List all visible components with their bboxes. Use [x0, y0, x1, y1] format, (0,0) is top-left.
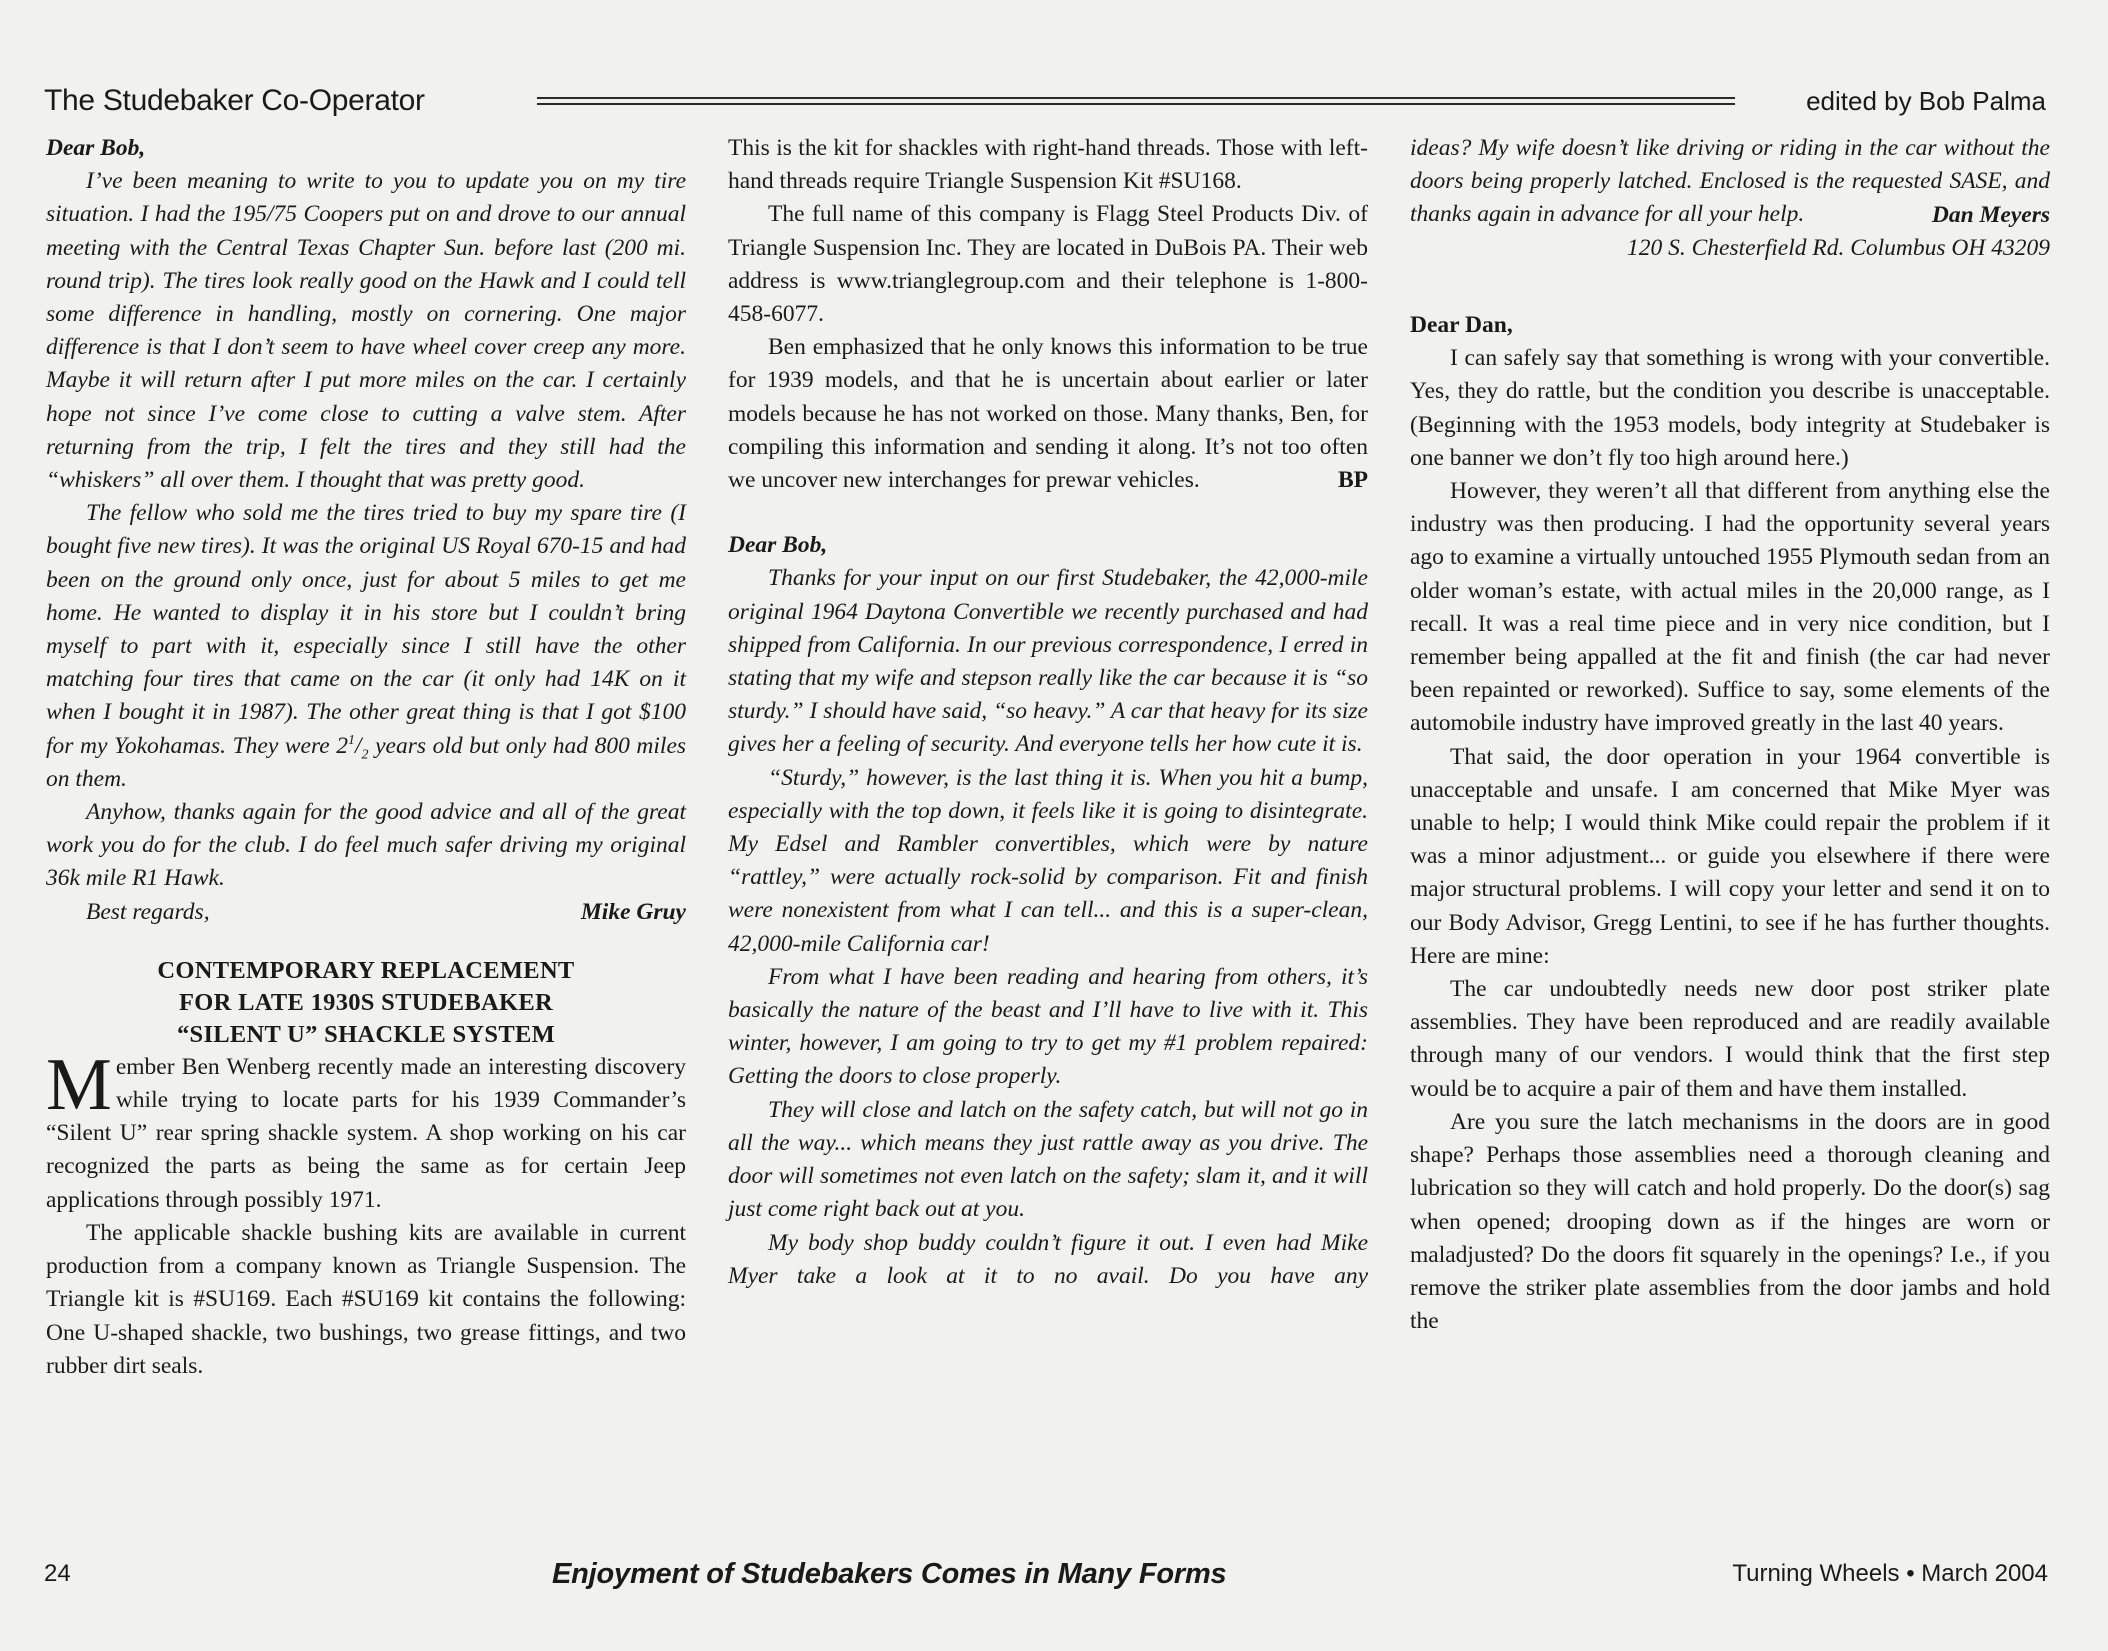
article-paragraph: The full name of this company is Flagg S… [728, 198, 1368, 331]
header-double-rule [537, 97, 1735, 105]
letter2-salutation: Dear Bob, [728, 529, 1368, 562]
article-headline: CONTEMPORARY REPLACEMENT FOR LATE 1930S … [46, 955, 686, 1051]
fraction-numerator: 1 [348, 733, 355, 748]
reply-paragraph: I can safely say that something is wrong… [1410, 342, 2050, 475]
headline-line: FOR LATE 1930S STUDEBAKER [46, 987, 686, 1019]
article-paragraph: Ben emphasized that he only knows this i… [728, 331, 1368, 497]
letter1-paragraph: The fellow who sold me the tires tried t… [46, 497, 686, 796]
letter2-address: 120 S. Chesterfield Rd. Columbus OH 4320… [1410, 232, 2050, 265]
fraction-denominator: 2 [362, 747, 369, 762]
magazine-page: The Studebaker Co-Operator edited by Bob… [0, 0, 2108, 1651]
headline-line: CONTEMPORARY REPLACEMENT [46, 955, 686, 987]
spacer [728, 497, 1368, 529]
spacer [1410, 265, 2050, 309]
letter1-closing: Best regards, [46, 896, 210, 929]
letter1-paragraph: I’ve been meaning to write to you to upd… [46, 165, 686, 497]
letter1-signature: Mike Gruy [581, 896, 686, 929]
editor-initials: BP [1298, 464, 1368, 497]
reply-paragraph: That said, the door operation in your 19… [1410, 741, 2050, 973]
letter1-salutation: Dear Bob, [46, 132, 686, 165]
reply-paragraph: However, they weren’t all that different… [1410, 475, 2050, 741]
letter2-paragraph: Thanks for your input on our first Stude… [728, 562, 1368, 761]
editor-credit: edited by Bob Palma [1806, 86, 2046, 117]
reply-salutation: Dear Dan, [1410, 309, 2050, 342]
letter2-paragraph: They will close and latch on the safety … [728, 1094, 1368, 1227]
article-paragraph-text: Ben emphasized that he only knows this i… [728, 334, 1368, 493]
reply-paragraph: Are you sure the latch mechanisms in the… [1410, 1106, 2050, 1338]
reply-paragraph: The car undoubtedly needs new door post … [1410, 973, 2050, 1106]
column-3: ideas? My wife doesn’t like driving or r… [1410, 132, 2050, 1338]
letter1-signoff: Best regards, Mike Gruy [46, 896, 686, 929]
article-paragraph: The applicable shackle bushing kits are … [46, 1217, 686, 1383]
letter2-paragraph: “Sturdy,” however, is the last thing it … [728, 762, 1368, 961]
letter1-paragraph-text: The fellow who sold me the tires tried t… [46, 500, 686, 758]
letter2-paragraph: My body shop buddy couldn’t figure it ou… [728, 1227, 1368, 1293]
column-2: This is the kit for shackles with right-… [728, 132, 1368, 1293]
drop-cap: M [46, 1055, 112, 1115]
fraction: 21/2 [336, 733, 368, 759]
section-title: The Studebaker Co-Operator [44, 84, 425, 118]
letter2-body: Thanks for your input on our first Stude… [728, 562, 1368, 1292]
column-1: Dear Bob, I’ve been meaning to write to … [46, 132, 686, 1383]
letter1-paragraph: Anyhow, thanks again for the good advice… [46, 796, 686, 896]
headline-line: “SILENT U” SHACKLE SYSTEM [46, 1019, 686, 1051]
fraction-whole: 2 [336, 733, 348, 759]
footer-tagline: Enjoyment of Studebakers Comes in Many F… [552, 1558, 1226, 1591]
page-number: 24 [44, 1560, 71, 1588]
publication-info: Turning Wheels • March 2004 [1732, 1560, 2048, 1588]
article-paragraph: This is the kit for shackles with right-… [728, 132, 1368, 198]
letter2-paragraph: From what I have been reading and hearin… [728, 961, 1368, 1094]
letter1-body: I’ve been meaning to write to you to upd… [46, 165, 686, 929]
letter2-continued: ideas? My wife doesn’t like driving or r… [1410, 132, 2050, 265]
article-lead-paragraph: Member Ben Wenberg recently made an inte… [46, 1051, 686, 1217]
article-lead-text: ember Ben Wenberg recently made an inter… [46, 1054, 686, 1213]
